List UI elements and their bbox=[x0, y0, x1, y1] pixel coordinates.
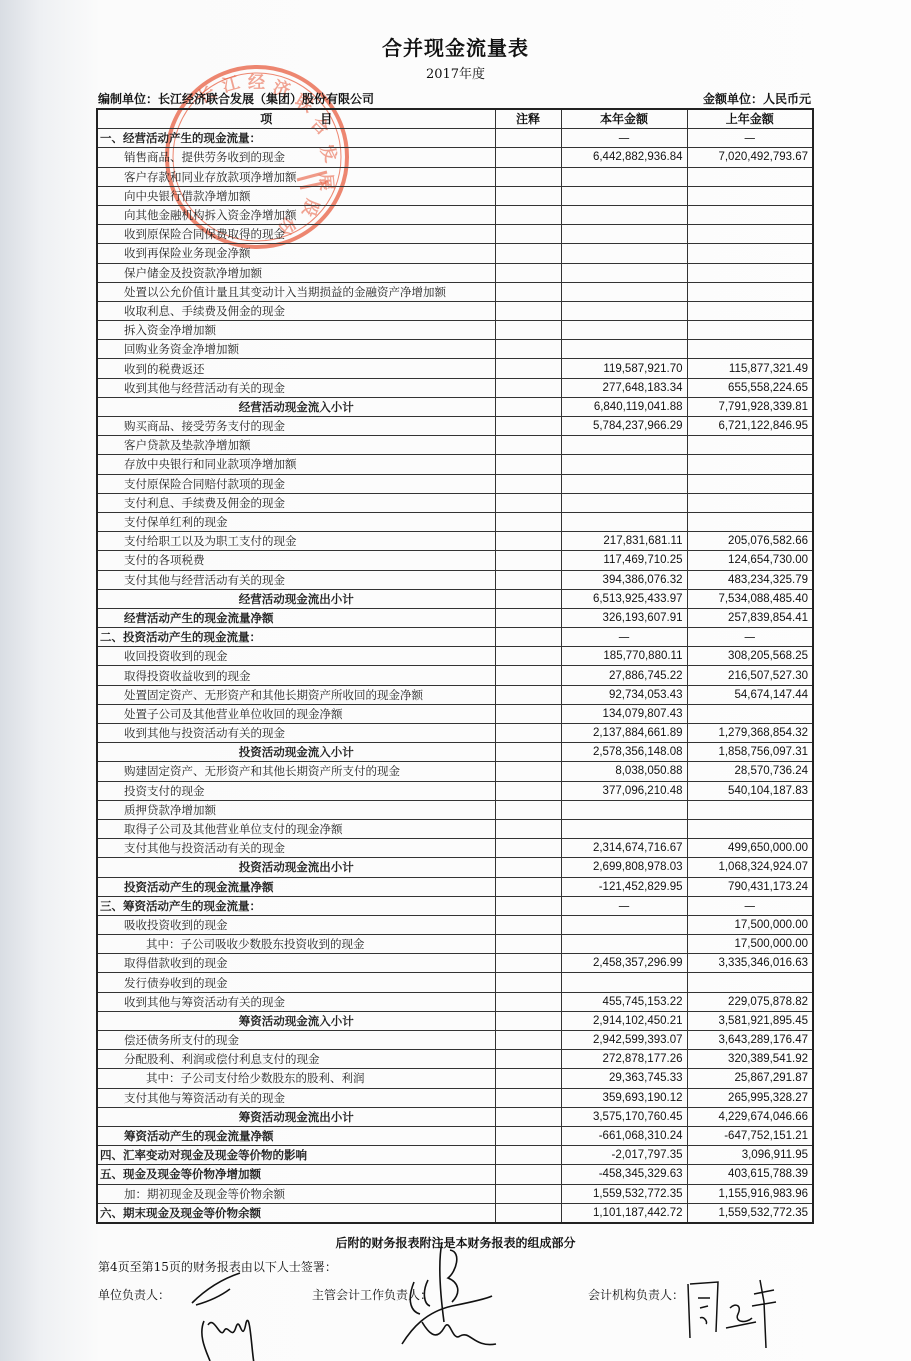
row-item-label: 向其他金融机构拆入资金净增加额 bbox=[97, 205, 495, 224]
row-note bbox=[495, 551, 561, 570]
row-current-year-amount: 5,784,237,966.29 bbox=[561, 417, 687, 436]
row-note bbox=[495, 378, 561, 397]
row-previous-year-amount: 229,075,878.82 bbox=[687, 992, 813, 1011]
row-previous-year-amount: 1,858,756,097.31 bbox=[687, 743, 813, 762]
table-row: 支付其他与筹资活动有关的现金359,693,190.12265,995,328.… bbox=[97, 1088, 813, 1107]
row-item-label: 投资支付的现金 bbox=[97, 781, 495, 800]
row-previous-year-amount bbox=[687, 474, 813, 493]
row-previous-year-amount: 308,205,568.25 bbox=[687, 647, 813, 666]
row-item-label: 投资活动现金流出小计 bbox=[97, 858, 495, 877]
row-item-label: 偿还债务所支付的现金 bbox=[97, 1031, 495, 1050]
row-current-year-amount: — bbox=[561, 896, 687, 915]
row-item-label: 支付的各项税费 bbox=[97, 551, 495, 570]
table-row: 处置子公司及其他营业单位收回的现金净额134,079,807.43 bbox=[97, 704, 813, 723]
row-previous-year-amount: 124,654,730.00 bbox=[687, 551, 813, 570]
row-current-year-amount: 27,886,745.22 bbox=[561, 666, 687, 685]
row-previous-year-amount: 17,500,000.00 bbox=[687, 915, 813, 934]
table-row: 加：期初现金及现金等价物余额1,559,532,772.351,155,916,… bbox=[97, 1184, 813, 1203]
table-row: 经营活动现金流出小计6,513,925,433.977,534,088,485.… bbox=[97, 589, 813, 608]
table-row: 支付的各项税费117,469,710.25124,654,730.00 bbox=[97, 551, 813, 570]
row-note bbox=[495, 992, 561, 1011]
signature-accounting-head bbox=[680, 1272, 780, 1352]
row-current-year-amount: 394,386,076.32 bbox=[561, 570, 687, 589]
row-previous-year-amount bbox=[687, 493, 813, 512]
row-current-year-amount: 277,648,183.34 bbox=[561, 378, 687, 397]
row-item-label: 支付其他与经营活动有关的现金 bbox=[97, 570, 495, 589]
row-previous-year-amount: 3,335,346,016.63 bbox=[687, 954, 813, 973]
table-row: 投资活动现金流入小计2,578,356,148.081,858,756,097.… bbox=[97, 743, 813, 762]
row-current-year-amount: 2,942,599,393.07 bbox=[561, 1031, 687, 1050]
row-current-year-amount: 3,575,170,760.45 bbox=[561, 1107, 687, 1126]
row-note bbox=[495, 704, 561, 723]
row-current-year-amount: 1,559,532,772.35 bbox=[561, 1184, 687, 1203]
row-current-year-amount bbox=[561, 167, 687, 186]
row-previous-year-amount bbox=[687, 225, 813, 244]
row-current-year-amount: 92,734,053.43 bbox=[561, 685, 687, 704]
table-row: 其中：子公司支付给少数股东的股利、利润29,363,745.3325,867,2… bbox=[97, 1069, 813, 1088]
row-previous-year-amount bbox=[687, 244, 813, 263]
header-current-year: 本年金额 bbox=[561, 109, 687, 129]
table-row: 投资活动现金流出小计2,699,808,978.031,068,324,924.… bbox=[97, 858, 813, 877]
row-item-label: 取得投资收益收到的现金 bbox=[97, 666, 495, 685]
row-note bbox=[495, 205, 561, 224]
table-row: 收到其他与筹资活动有关的现金455,745,153.22229,075,878.… bbox=[97, 992, 813, 1011]
row-item-label: 支付利息、手续费及佣金的现金 bbox=[97, 493, 495, 512]
row-note bbox=[495, 301, 561, 320]
table-header-row: 项 目 注释 本年金额 上年金额 bbox=[97, 109, 813, 129]
row-previous-year-amount: 483,234,325.79 bbox=[687, 570, 813, 589]
row-note bbox=[495, 762, 561, 781]
table-row: 向中央银行借款净增加额 bbox=[97, 186, 813, 205]
row-previous-year-amount: — bbox=[687, 896, 813, 915]
row-previous-year-amount bbox=[687, 973, 813, 992]
row-item-label: 处置子公司及其他营业单位收回的现金净额 bbox=[97, 704, 495, 723]
row-current-year-amount: -121,452,829.95 bbox=[561, 877, 687, 896]
row-current-year-amount: 272,878,177.26 bbox=[561, 1050, 687, 1069]
table-row: 经营活动现金流入小计6,840,119,041.887,791,928,339.… bbox=[97, 397, 813, 416]
row-current-year-amount bbox=[561, 819, 687, 838]
row-item-label: 购买商品、接受劳务支付的现金 bbox=[97, 417, 495, 436]
row-current-year-amount bbox=[561, 935, 687, 954]
table-row: 投资活动产生的现金流量净额-121,452,829.95790,431,173.… bbox=[97, 877, 813, 896]
row-current-year-amount bbox=[561, 321, 687, 340]
row-item-label: 六、期末现金及现金等价物余额 bbox=[97, 1203, 495, 1223]
table-row: 偿还债务所支付的现金2,942,599,393.073,643,289,176.… bbox=[97, 1031, 813, 1050]
row-note bbox=[495, 532, 561, 551]
row-previous-year-amount: 28,570,736.24 bbox=[687, 762, 813, 781]
row-current-year-amount: 6,513,925,433.97 bbox=[561, 589, 687, 608]
table-row: 支付其他与投资活动有关的现金2,314,674,716.67499,650,00… bbox=[97, 839, 813, 858]
table-row: 经营活动产生的现金流量净额326,193,607.91257,839,854.4… bbox=[97, 608, 813, 627]
row-item-label: 存放中央银行和同业款项净增加额 bbox=[97, 455, 495, 474]
row-current-year-amount bbox=[561, 474, 687, 493]
row-current-year-amount: 6,840,119,041.88 bbox=[561, 397, 687, 416]
row-previous-year-amount: 1,068,324,924.07 bbox=[687, 858, 813, 877]
row-note bbox=[495, 493, 561, 512]
row-note bbox=[495, 321, 561, 340]
footnote: 后附的财务报表附注是本财务报表的组成部分 bbox=[0, 1234, 911, 1251]
row-current-year-amount bbox=[561, 493, 687, 512]
row-note bbox=[495, 436, 561, 455]
row-current-year-amount bbox=[561, 973, 687, 992]
row-note bbox=[495, 129, 561, 148]
row-note bbox=[495, 167, 561, 186]
row-item-label: 收回投资收到的现金 bbox=[97, 647, 495, 666]
row-current-year-amount bbox=[561, 244, 687, 263]
row-previous-year-amount: 499,650,000.00 bbox=[687, 839, 813, 858]
row-note bbox=[495, 1031, 561, 1050]
table-row: 支付保单红利的现金 bbox=[97, 512, 813, 531]
row-note bbox=[495, 781, 561, 800]
row-item-label: 收到再保险业务现金净额 bbox=[97, 244, 495, 263]
row-item-label: 收到其他与经营活动有关的现金 bbox=[97, 378, 495, 397]
row-current-year-amount bbox=[561, 436, 687, 455]
row-previous-year-amount bbox=[687, 455, 813, 474]
row-current-year-amount: 2,914,102,450.21 bbox=[561, 1011, 687, 1030]
table-row: 收到的税费返还119,587,921.70115,877,321.49 bbox=[97, 359, 813, 378]
row-previous-year-amount: 655,558,224.65 bbox=[687, 378, 813, 397]
row-previous-year-amount bbox=[687, 263, 813, 282]
cash-flow-table: 项 目 注释 本年金额 上年金额 一、经营活动产生的现金流量：——销售商品、提供… bbox=[96, 108, 814, 1224]
table-row: 支付其他与经营活动有关的现金394,386,076.32483,234,325.… bbox=[97, 570, 813, 589]
row-previous-year-amount: -647,752,151.21 bbox=[687, 1126, 813, 1145]
row-note bbox=[495, 455, 561, 474]
row-note bbox=[495, 1165, 561, 1184]
row-current-year-amount: -661,068,310.24 bbox=[561, 1126, 687, 1145]
row-item-label: 四、汇率变动对现金及现金等价物的影响 bbox=[97, 1146, 495, 1165]
row-item-label: 筹资活动现金流入小计 bbox=[97, 1011, 495, 1030]
row-item-label: 分配股利、利润或偿付利息支付的现金 bbox=[97, 1050, 495, 1069]
row-current-year-amount bbox=[561, 225, 687, 244]
table-row: 购建固定资产、无形资产和其他长期资产所支付的现金8,038,050.8828,5… bbox=[97, 762, 813, 781]
row-item-label: 收取利息、手续费及佣金的现金 bbox=[97, 301, 495, 320]
label-unit-head: 单位负责人： bbox=[98, 1286, 170, 1303]
label-accounting-head: 会计机构负责人： bbox=[588, 1286, 684, 1303]
row-previous-year-amount bbox=[687, 205, 813, 224]
row-previous-year-amount: 3,581,921,895.45 bbox=[687, 1011, 813, 1030]
row-item-label: 客户存款和同业存放款项净增加额 bbox=[97, 167, 495, 186]
table-row: 保户储金及投资款净增加额 bbox=[97, 263, 813, 282]
row-note bbox=[495, 896, 561, 915]
table-row: 存放中央银行和同业款项净增加额 bbox=[97, 455, 813, 474]
row-current-year-amount bbox=[561, 205, 687, 224]
row-previous-year-amount bbox=[687, 340, 813, 359]
row-current-year-amount: 2,458,357,296.99 bbox=[561, 954, 687, 973]
row-previous-year-amount: — bbox=[687, 628, 813, 647]
table-row: 其中：子公司吸收少数股东投资收到的现金17,500,000.00 bbox=[97, 935, 813, 954]
table-row: 一、经营活动产生的现金流量：—— bbox=[97, 129, 813, 148]
row-item-label: 筹资活动现金流出小计 bbox=[97, 1107, 495, 1126]
table-row: 处置固定资产、无形资产和其他长期资产所收回的现金净额92,734,053.435… bbox=[97, 685, 813, 704]
row-previous-year-amount bbox=[687, 321, 813, 340]
row-previous-year-amount: 790,431,173.24 bbox=[687, 877, 813, 896]
row-item-label: 购建固定资产、无形资产和其他长期资产所支付的现金 bbox=[97, 762, 495, 781]
row-previous-year-amount: 7,791,928,339.81 bbox=[687, 397, 813, 416]
row-note bbox=[495, 647, 561, 666]
row-note bbox=[495, 724, 561, 743]
table-body: 一、经营活动产生的现金流量：——销售商品、提供劳务收到的现金6,442,882,… bbox=[97, 129, 813, 1223]
table-row: 支付原保险合同赔付款项的现金 bbox=[97, 474, 813, 493]
row-item-label: 五、现金及现金等价物净增加额 bbox=[97, 1165, 495, 1184]
row-item-label: 经营活动产生的现金流量净额 bbox=[97, 608, 495, 627]
row-item-label: 收到的税费返还 bbox=[97, 359, 495, 378]
row-current-year-amount: 2,137,884,661.89 bbox=[561, 724, 687, 743]
row-item-label: 支付其他与投资活动有关的现金 bbox=[97, 839, 495, 858]
row-current-year-amount: 326,193,607.91 bbox=[561, 608, 687, 627]
row-previous-year-amount bbox=[687, 301, 813, 320]
table-row: 拆入资金净增加额 bbox=[97, 321, 813, 340]
row-note bbox=[495, 340, 561, 359]
row-current-year-amount: 29,363,745.33 bbox=[561, 1069, 687, 1088]
row-previous-year-amount bbox=[687, 800, 813, 819]
table-row: 质押贷款净增加额 bbox=[97, 800, 813, 819]
row-item-label: 投资活动产生的现金流量净额 bbox=[97, 877, 495, 896]
header-previous-year: 上年金额 bbox=[687, 109, 813, 129]
row-item-label: 投资活动现金流入小计 bbox=[97, 743, 495, 762]
row-previous-year-amount bbox=[687, 704, 813, 723]
table-row: 三、筹资活动产生的现金流量：—— bbox=[97, 896, 813, 915]
table-row: 发行债券收到的现金 bbox=[97, 973, 813, 992]
row-previous-year-amount: 4,229,674,046.66 bbox=[687, 1107, 813, 1126]
table-row: 吸收投资收到的现金17,500,000.00 bbox=[97, 915, 813, 934]
row-item-label: 处置以公允价值计量且其变动计入当期损益的金融资产净增加额 bbox=[97, 282, 495, 301]
table-row: 收回投资收到的现金185,770,880.11308,205,568.25 bbox=[97, 647, 813, 666]
header-note: 注释 bbox=[495, 109, 561, 129]
row-current-year-amount bbox=[561, 915, 687, 934]
row-note bbox=[495, 512, 561, 531]
table-row: 六、期末现金及现金等价物余额1,101,187,442.721,559,532,… bbox=[97, 1203, 813, 1223]
row-note bbox=[495, 570, 561, 589]
row-current-year-amount bbox=[561, 455, 687, 474]
row-note bbox=[495, 1069, 561, 1088]
document-period: 2017年度 bbox=[0, 63, 911, 82]
row-note bbox=[495, 1107, 561, 1126]
row-item-label: 一、经营活动产生的现金流量： bbox=[97, 129, 495, 148]
row-current-year-amount: 119,587,921.70 bbox=[561, 359, 687, 378]
row-note bbox=[495, 935, 561, 954]
row-current-year-amount: -458,345,329.63 bbox=[561, 1165, 687, 1184]
row-note bbox=[495, 819, 561, 838]
row-item-label: 收到原保险合同保费取得的现金 bbox=[97, 225, 495, 244]
row-previous-year-amount bbox=[687, 436, 813, 455]
row-current-year-amount: 359,693,190.12 bbox=[561, 1088, 687, 1107]
header-item: 项 目 bbox=[97, 109, 495, 129]
row-current-year-amount bbox=[561, 340, 687, 359]
table-row: 二、投资活动产生的现金流量：—— bbox=[97, 628, 813, 647]
row-current-year-amount bbox=[561, 186, 687, 205]
row-note bbox=[495, 359, 561, 378]
row-current-year-amount: 185,770,880.11 bbox=[561, 647, 687, 666]
row-note bbox=[495, 225, 561, 244]
row-current-year-amount: 455,745,153.22 bbox=[561, 992, 687, 1011]
row-item-label: 加：期初现金及现金等价物余额 bbox=[97, 1184, 495, 1203]
row-item-label: 收到其他与筹资活动有关的现金 bbox=[97, 992, 495, 1011]
row-note bbox=[495, 1126, 561, 1145]
row-item-label: 销售商品、提供劳务收到的现金 bbox=[97, 148, 495, 167]
table-row: 购买商品、接受劳务支付的现金5,784,237,966.296,721,122,… bbox=[97, 417, 813, 436]
table-row: 分配股利、利润或偿付利息支付的现金272,878,177.26320,389,5… bbox=[97, 1050, 813, 1069]
table-row: 客户贷款及垫款净增加额 bbox=[97, 436, 813, 455]
row-previous-year-amount: 7,020,492,793.67 bbox=[687, 148, 813, 167]
row-note bbox=[495, 839, 561, 858]
table-row: 取得子公司及其他营业单位支付的现金净额 bbox=[97, 819, 813, 838]
table-row: 筹资活动现金流出小计3,575,170,760.454,229,674,046.… bbox=[97, 1107, 813, 1126]
row-note bbox=[495, 1184, 561, 1203]
row-previous-year-amount bbox=[687, 512, 813, 531]
row-previous-year-amount: — bbox=[687, 129, 813, 148]
row-item-label: 发行债券收到的现金 bbox=[97, 973, 495, 992]
table-row: 筹资活动现金流入小计2,914,102,450.213,581,921,895.… bbox=[97, 1011, 813, 1030]
signature-intro: 第4页至第15页的财务报表由以下人士签署： bbox=[98, 1258, 337, 1275]
table-row: 取得借款收到的现金2,458,357,296.993,335,346,016.6… bbox=[97, 954, 813, 973]
row-note bbox=[495, 1011, 561, 1030]
row-note bbox=[495, 685, 561, 704]
row-previous-year-amount bbox=[687, 167, 813, 186]
row-note bbox=[495, 1088, 561, 1107]
table-row: 五、现金及现金等价物净增加额-458,345,329.63403,615,788… bbox=[97, 1165, 813, 1184]
row-previous-year-amount: 115,877,321.49 bbox=[687, 359, 813, 378]
row-current-year-amount: 2,699,808,978.03 bbox=[561, 858, 687, 877]
row-previous-year-amount: 257,839,854.41 bbox=[687, 608, 813, 627]
row-item-label: 三、筹资活动产生的现金流量： bbox=[97, 896, 495, 915]
row-item-label: 支付原保险合同赔付款项的现金 bbox=[97, 474, 495, 493]
row-current-year-amount bbox=[561, 800, 687, 819]
table-row: 四、汇率变动对现金及现金等价物的影响-2,017,797.353,096,911… bbox=[97, 1146, 813, 1165]
row-note bbox=[495, 858, 561, 877]
row-item-label: 回购业务资金净增加额 bbox=[97, 340, 495, 359]
row-item-label: 经营活动现金流入小计 bbox=[97, 397, 495, 416]
row-previous-year-amount bbox=[687, 819, 813, 838]
row-note bbox=[495, 877, 561, 896]
row-previous-year-amount: 403,615,788.39 bbox=[687, 1165, 813, 1184]
row-previous-year-amount: 3,643,289,176.47 bbox=[687, 1031, 813, 1050]
row-item-label: 客户贷款及垫款净增加额 bbox=[97, 436, 495, 455]
row-note bbox=[495, 628, 561, 647]
row-current-year-amount: 6,442,882,936.84 bbox=[561, 148, 687, 167]
row-item-label: 吸收投资收到的现金 bbox=[97, 915, 495, 934]
row-previous-year-amount: 320,389,541.92 bbox=[687, 1050, 813, 1069]
row-current-year-amount: 2,578,356,148.08 bbox=[561, 743, 687, 762]
row-item-label: 二、投资活动产生的现金流量： bbox=[97, 628, 495, 647]
row-note bbox=[495, 148, 561, 167]
row-previous-year-amount: 54,674,147.44 bbox=[687, 685, 813, 704]
row-previous-year-amount bbox=[687, 186, 813, 205]
signature-unit-head bbox=[180, 1265, 270, 1361]
row-note bbox=[495, 589, 561, 608]
row-note bbox=[495, 973, 561, 992]
table-row: 收到原保险合同保费取得的现金 bbox=[97, 225, 813, 244]
row-current-year-amount: — bbox=[561, 628, 687, 647]
row-previous-year-amount: 1,279,368,854.32 bbox=[687, 724, 813, 743]
row-item-label: 筹资活动产生的现金流量净额 bbox=[97, 1126, 495, 1145]
table-row: 销售商品、提供劳务收到的现金6,442,882,936.847,020,492,… bbox=[97, 148, 813, 167]
row-note bbox=[495, 800, 561, 819]
table-row: 向其他金融机构拆入资金净增加额 bbox=[97, 205, 813, 224]
row-current-year-amount: 377,096,210.48 bbox=[561, 781, 687, 800]
row-item-label: 保户储金及投资款净增加额 bbox=[97, 263, 495, 282]
document-title: 合并现金流量表 bbox=[0, 32, 911, 61]
table-row: 收到其他与经营活动有关的现金277,648,183.34655,558,224.… bbox=[97, 378, 813, 397]
row-note bbox=[495, 1050, 561, 1069]
row-note bbox=[495, 1146, 561, 1165]
row-previous-year-amount: 7,534,088,485.40 bbox=[687, 589, 813, 608]
row-current-year-amount bbox=[561, 282, 687, 301]
row-previous-year-amount: 25,867,291.87 bbox=[687, 1069, 813, 1088]
row-previous-year-amount: 1,155,916,983.96 bbox=[687, 1184, 813, 1203]
row-note bbox=[495, 397, 561, 416]
row-note bbox=[495, 186, 561, 205]
row-current-year-amount: 117,469,710.25 bbox=[561, 551, 687, 570]
row-previous-year-amount bbox=[687, 282, 813, 301]
table-row: 回购业务资金净增加额 bbox=[97, 340, 813, 359]
row-current-year-amount bbox=[561, 263, 687, 282]
table-row: 收到其他与投资活动有关的现金2,137,884,661.891,279,368,… bbox=[97, 724, 813, 743]
row-current-year-amount: 8,038,050.88 bbox=[561, 762, 687, 781]
table-row: 收取利息、手续费及佣金的现金 bbox=[97, 301, 813, 320]
row-item-label: 取得子公司及其他营业单位支付的现金净额 bbox=[97, 819, 495, 838]
row-note bbox=[495, 954, 561, 973]
row-note bbox=[495, 263, 561, 282]
table-row: 处置以公允价值计量且其变动计入当期损益的金融资产净增加额 bbox=[97, 282, 813, 301]
row-item-label: 取得借款收到的现金 bbox=[97, 954, 495, 973]
row-previous-year-amount: 205,076,582.66 bbox=[687, 532, 813, 551]
table-row: 筹资活动产生的现金流量净额-661,068,310.24-647,752,151… bbox=[97, 1126, 813, 1145]
row-current-year-amount bbox=[561, 512, 687, 531]
currency-unit: 金额单位：人民币元 bbox=[703, 90, 811, 107]
row-note bbox=[495, 1203, 561, 1223]
table-row: 支付给职工以及为职工支付的现金217,831,681.11205,076,582… bbox=[97, 532, 813, 551]
row-previous-year-amount: 216,507,527.30 bbox=[687, 666, 813, 685]
row-item-label: 质押贷款净增加额 bbox=[97, 800, 495, 819]
table-row: 收到再保险业务现金净额 bbox=[97, 244, 813, 263]
row-item-label: 向中央银行借款净增加额 bbox=[97, 186, 495, 205]
row-note bbox=[495, 244, 561, 263]
row-item-label: 处置固定资产、无形资产和其他长期资产所收回的现金净额 bbox=[97, 685, 495, 704]
row-current-year-amount: 2,314,674,716.67 bbox=[561, 839, 687, 858]
table-row: 客户存款和同业存放款项净增加额 bbox=[97, 167, 813, 186]
row-item-label: 拆入资金净增加额 bbox=[97, 321, 495, 340]
row-current-year-amount: 217,831,681.11 bbox=[561, 532, 687, 551]
row-current-year-amount: — bbox=[561, 129, 687, 148]
row-item-label: 其中：子公司支付给少数股东的股利、利润 bbox=[97, 1069, 495, 1088]
row-current-year-amount: -2,017,797.35 bbox=[561, 1146, 687, 1165]
row-note bbox=[495, 743, 561, 762]
row-item-label: 支付其他与筹资活动有关的现金 bbox=[97, 1088, 495, 1107]
table-row: 支付利息、手续费及佣金的现金 bbox=[97, 493, 813, 512]
row-item-label: 支付保单红利的现金 bbox=[97, 512, 495, 531]
row-previous-year-amount: 3,096,911.95 bbox=[687, 1146, 813, 1165]
row-note bbox=[495, 608, 561, 627]
row-item-label: 收到其他与投资活动有关的现金 bbox=[97, 724, 495, 743]
row-note bbox=[495, 417, 561, 436]
row-previous-year-amount: 1,559,532,772.35 bbox=[687, 1203, 813, 1223]
row-previous-year-amount: 540,104,187.83 bbox=[687, 781, 813, 800]
row-note bbox=[495, 474, 561, 493]
row-item-label: 经营活动现金流出小计 bbox=[97, 589, 495, 608]
row-previous-year-amount: 265,995,328.27 bbox=[687, 1088, 813, 1107]
row-current-year-amount bbox=[561, 301, 687, 320]
table-row: 取得投资收益收到的现金27,886,745.22216,507,527.30 bbox=[97, 666, 813, 685]
table-row: 投资支付的现金377,096,210.48540,104,187.83 bbox=[97, 781, 813, 800]
row-item-label: 其中：子公司吸收少数股东投资收到的现金 bbox=[97, 935, 495, 954]
row-note bbox=[495, 282, 561, 301]
row-previous-year-amount: 6,721,122,846.95 bbox=[687, 417, 813, 436]
row-current-year-amount: 134,079,807.43 bbox=[561, 704, 687, 723]
preparing-entity: 编制单位：长江经济联合发展（集团）股份有限公司 bbox=[98, 90, 374, 107]
row-current-year-amount: 1,101,187,442.72 bbox=[561, 1203, 687, 1223]
label-chief-accountant: 主管会计工作负责人： bbox=[312, 1286, 432, 1303]
row-item-label: 支付给职工以及为职工支付的现金 bbox=[97, 532, 495, 551]
